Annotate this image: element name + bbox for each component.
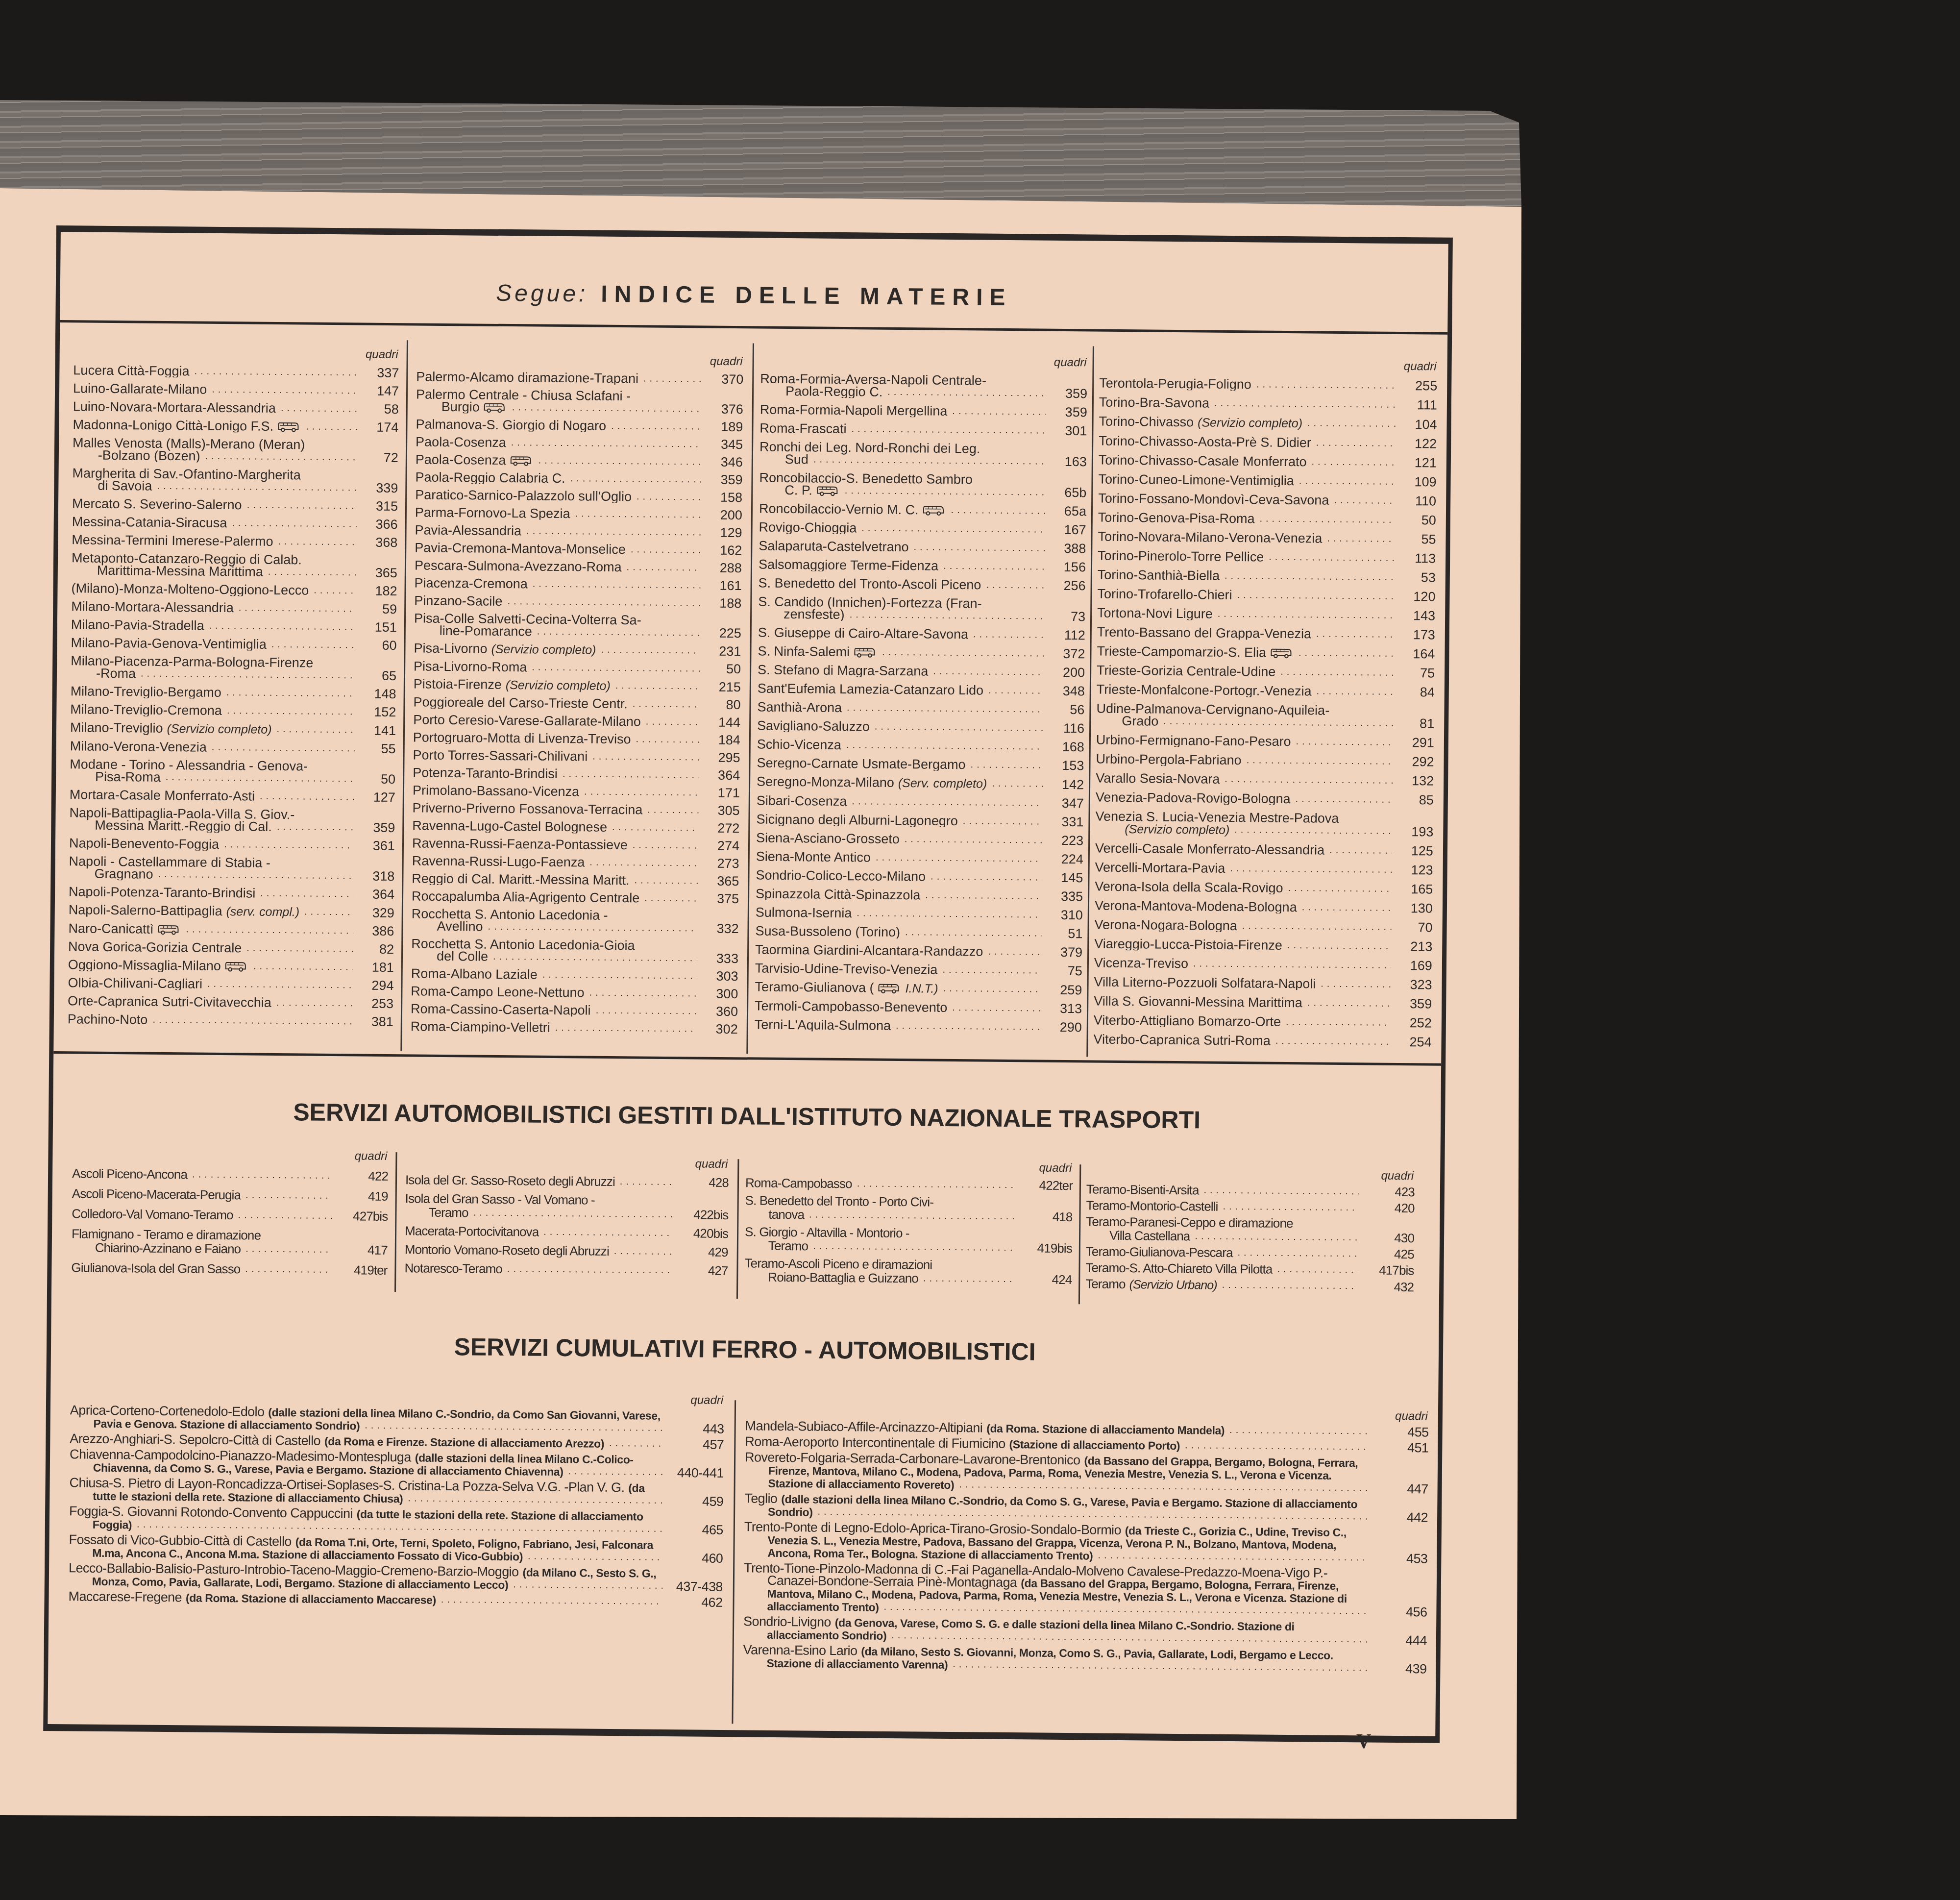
table-number: 224 (1047, 853, 1083, 866)
index-entry: Milano-Treviglio-Cremona 152 (70, 703, 396, 718)
table-number: 440-441 (669, 1467, 724, 1480)
index-entry: Teramo-Montorio-Castelli 420 (1086, 1198, 1415, 1215)
index-entry: Viterbo-Attigliano Bomarzo-Orte 252 (1094, 1014, 1432, 1030)
route-text: Teramo-S. Atto-Chiareto Villa Pilotta (1085, 1260, 1358, 1277)
index-entry: Torino-Pinerolo-Torre Pellice 113 (1098, 550, 1436, 565)
dot-leader (584, 987, 697, 1000)
dot-leader (585, 856, 698, 869)
table-number: 329 (358, 907, 394, 919)
index-entry: Arezzo-Anghiari-S. Sepolcro-Città di Cas… (70, 1432, 724, 1451)
table-number: 161 (706, 580, 742, 592)
route-name: Napoli-Benevento-Foggia (69, 837, 219, 852)
dot-leader (272, 821, 354, 834)
dot-leader (579, 786, 699, 799)
route-name: (Milano)-Monza-Molteno-Oggiono-Lecco (71, 582, 309, 597)
index-entry: Paratico-Sarnico-Palazzolo sull'Oglio 15… (415, 489, 742, 504)
table-number: 168 (1048, 741, 1084, 754)
table-number: 259 (1046, 984, 1082, 997)
route-text: Urbino-Pergola-Fabriano (1096, 753, 1393, 768)
route-text: Teramo-Paranesi-Ceppo e diramazione Vill… (1086, 1214, 1358, 1244)
route-text: Teramo-Montorio-Castelli (1086, 1198, 1359, 1214)
table-number: 252 (1396, 1017, 1432, 1030)
route-name: Roma-Albano Laziale (411, 967, 538, 982)
index-entry: Siena-Monte Antico 224 (756, 851, 1083, 866)
table-number: 332 (702, 923, 738, 936)
table-number: 110 (1400, 495, 1436, 508)
index-entry: Verona-Mantova-Modena-Bologna 130 (1095, 900, 1433, 915)
table-number: 419bis (1021, 1241, 1072, 1255)
route-name: Termoli-Campobasso-Benevento (755, 1000, 947, 1014)
index-column-1: quadri Lucera Città-Foggia 337 Luino-Gal… (68, 345, 399, 1028)
table-number: 453 (1372, 1553, 1427, 1565)
table-number: 75 (1398, 667, 1435, 680)
table-number: 84 (1398, 686, 1435, 699)
table-number: 290 (1046, 1021, 1082, 1034)
table-number: 310 (1047, 909, 1083, 922)
route-text: Roma-Formia-Aversa-Napoli Centrale- Paol… (760, 373, 1046, 400)
index-entry: Milano-Treviglio(Servizio completo) 141 (70, 721, 396, 737)
route-name: Seregno-Monza-Milano (757, 776, 894, 790)
dot-leader (870, 721, 1044, 735)
dot-leader (227, 517, 357, 530)
route-text: Verona-Isola della Scala-Rovigo (1095, 881, 1392, 895)
route-text: Viareggio-Lucca-Pistoia-Firenze (1094, 938, 1391, 953)
dot-leader (845, 609, 1045, 623)
dot-leader (221, 687, 355, 700)
dot-leader (604, 1437, 664, 1451)
route-name: Montorio Vomano-Roseto degli Abruzzi (405, 1242, 609, 1258)
dot-leader (946, 504, 1046, 518)
route-name: Teramo (1085, 1277, 1126, 1291)
index-entry: Trieste-Campomarzio-S. Elia 164 (1097, 645, 1435, 661)
dot-leader (591, 1005, 697, 1018)
index-entry: Mandela-Subiaco-Affile-Arcinazzo-Altipia… (745, 1420, 1429, 1438)
route-text: Mercato S. Severino-Salerno (72, 497, 357, 512)
route-note: (serv. compl.) (226, 905, 299, 919)
bus-icon (854, 647, 875, 658)
dot-leader (1217, 1278, 1358, 1294)
dot-leader (1311, 628, 1394, 641)
dot-leader (233, 1208, 332, 1223)
table-number: 215 (705, 681, 741, 694)
index-entry: Parma-Fornovo-La Spezia 200 (415, 506, 742, 521)
route-text: Urbino-Fermignano-Fano-Pesaro (1096, 734, 1393, 749)
route-name: Siena-Asciano-Grosseto (756, 832, 900, 847)
dot-leader (1232, 589, 1394, 603)
route-text: Montorio Vomano-Roseto degli Abruzzi (405, 1242, 672, 1258)
index-column-3: quadri Roma-Formia-Aversa-Napoli Central… (755, 354, 1088, 1034)
dot-leader (1232, 1246, 1358, 1260)
route-text: Porto Ceresio-Varese-Gallarate-Milano (413, 714, 699, 728)
route-text: Salaparuta-Castelvetrano (759, 540, 1045, 555)
table-number: 158 (706, 492, 742, 504)
table-number: 53 (1399, 571, 1436, 584)
table-number: 225 (705, 627, 741, 640)
index-entry: Terni-L'Aquila-Sulmona 290 (755, 1018, 1082, 1034)
column-divider (732, 1400, 736, 1724)
dot-leader (1188, 958, 1391, 972)
index-entry: Sicignano degli Alburni-Lagonegro 331 (756, 814, 1083, 829)
dot-leader (528, 578, 701, 592)
route-name: Sondrio-Colico-Lecco-Milano (756, 869, 926, 884)
route-text: Mortara-Casale Monferrato-Asti (70, 789, 354, 803)
route-text: Mandela-Subiaco-Affile-Arcinazzo-Altipia… (745, 1420, 1369, 1438)
column-divider (400, 340, 408, 1051)
index-entry: Ascoli Piceno-Ancona 422 (72, 1166, 388, 1183)
route-text: Vercelli-Casale Monferrato-Alessandria (1095, 842, 1392, 857)
index-entry: Pescara-Sulmona-Avezzano-Roma 288 (415, 559, 742, 574)
route-text: Roma-Cassino-Caserta-Napoli (411, 1003, 697, 1017)
route-text: Piacenza-Cremona (415, 577, 701, 592)
route-text: Pachino-Noto (68, 1013, 352, 1028)
route-text: Palermo Centrale - Chiusa Sclafani - Bur… (416, 388, 702, 415)
table-number: 300 (702, 988, 738, 1001)
index-entry: Ravenna-Lugo-Castel Bolognese 272 (412, 819, 739, 835)
route-name: Napoli-Salerno-Battipaglia (69, 904, 222, 918)
column-header: quadri (416, 352, 744, 368)
table-number: 313 (1046, 1003, 1082, 1015)
table-number: 156 (1050, 561, 1086, 574)
table-number: 125 (1397, 845, 1433, 858)
route-name: Messina-Catania-Siracusa (72, 516, 227, 530)
index-entry: Sibari-Cosenza 347 (757, 795, 1084, 810)
route-text: Teglio(dalle stazioni della linea Milano… (744, 1492, 1368, 1523)
dot-leader (1220, 773, 1393, 787)
table-number: 368 (361, 536, 397, 549)
table-number: 361 (359, 839, 395, 852)
table-number: 112 (1049, 629, 1085, 642)
route-text: Trento-Bassano del Grappa-Venezia (1097, 626, 1394, 641)
route-name: Flamignano - Teramo e diramazione Chiari… (72, 1227, 261, 1256)
route-name: Urbino-Pergola-Fabriano (1096, 753, 1241, 768)
route-text: Chiavenna-Campodolcino-Pianazzo-Madesimo… (70, 1448, 664, 1479)
route-text: Paola-Reggio Calabria C. (415, 471, 701, 486)
dot-leader (1220, 570, 1395, 584)
table-number: 213 (1396, 940, 1432, 953)
route-name: Palermo-Alcamo diramazione-Trapani (416, 370, 638, 385)
index-entry: Teglio(dalle stazioni della linea Milano… (744, 1492, 1428, 1524)
route-name: Pisa-Livorno (414, 642, 487, 656)
dot-leader (1237, 920, 1392, 934)
dot-leader (539, 1225, 672, 1240)
route-name: Arezzo-Anghiari-S. Sepolcro-Città di Cas… (70, 1432, 320, 1448)
table-number: 318 (358, 870, 394, 883)
dot-leader (234, 602, 356, 615)
table-number: 337 (363, 367, 399, 379)
cumulative-column-2: quadri Mandela-Subiaco-Affile-Arcinazzo-… (743, 1404, 1429, 1675)
dot-leader (153, 868, 353, 883)
dot-leader (947, 1002, 1041, 1015)
index-entry: Giulianova-Isola del Gran Sasso 419ter (71, 1260, 387, 1277)
bus-icon (878, 983, 899, 994)
route-name: Milano-Pavia-Genova-Ventimiglia (71, 637, 266, 651)
route-text: Trieste-Monfalcone-Portogr.-Venezia (1097, 684, 1394, 698)
table-number: 122 (1400, 438, 1437, 450)
route-name: Ravenna-Russi-Lugo-Faenza (412, 855, 585, 869)
dot-leader (242, 942, 353, 955)
index-entry: Roma-Ciampino-Velletri 302 (411, 1020, 738, 1036)
route-name: Teglio (744, 1492, 777, 1506)
route-text: Roncobilaccio-Vernio M. C. (759, 503, 1045, 518)
index-entry: Milano-Piacenza-Parma-Bologna-Firenze -R… (71, 655, 396, 682)
table-number: 348 (1049, 685, 1085, 698)
route-name: Torino-Chivasso-Casale Monferrato (1099, 454, 1307, 469)
route-text: Arezzo-Anghiari-S. Sepolcro-Città di Cas… (70, 1432, 664, 1451)
table-number: 447 (1373, 1483, 1428, 1496)
route-text: Napoli-Benevento-Foggia (69, 837, 354, 852)
table-number: 315 (362, 500, 398, 513)
route-text: Priverno-Priverno Fossanova-Terracina (413, 802, 699, 816)
index-entry: Salsomaggiore Terme-Fidenza 156 (759, 559, 1086, 574)
route-text: Luino-Gallarate-Milano (73, 382, 358, 397)
route-text: Metaponto-Catanzaro-Reggio di Calab. Mar… (72, 552, 356, 579)
route-text: Pisa-Colle Salvetti-Cecina-Volterra Sa- … (414, 612, 700, 639)
index-entry: Torino-Bra-Savona 111 (1099, 396, 1437, 412)
index-entry: Luino-Gallarate-Milano 147 (73, 382, 399, 397)
index-entry: Torino-Fossano-Mondovì-Ceva-Savona 110 (1098, 493, 1436, 508)
index-entry: Savigliano-Saluzzo 116 (757, 720, 1084, 735)
route-name: Milano-Mortara-Alessandria (71, 600, 234, 615)
table-number: 345 (707, 439, 743, 451)
index-entry: Rocchetta S. Antonio Lacedonia-Gioia del… (411, 938, 738, 965)
index-entry: Urbino-Pergola-Fabriano 292 (1096, 753, 1434, 768)
route-text: Rovereto-Folgaria-Serrada-Carbonare-Lava… (745, 1451, 1369, 1495)
route-text: Udine-Palmanova-Cervignano-Aquileia- Gra… (1096, 703, 1393, 730)
index-entry: Messina-Catania-Siracusa 366 (72, 516, 398, 531)
route-name: Trento-Bassano del Grappa-Venezia (1097, 626, 1311, 641)
route-text: Terni-L'Aquila-Sulmona (755, 1018, 1041, 1033)
route-name: Salsomaggiore Terme-Fidenza (759, 559, 938, 573)
table-number: 422 (337, 1169, 388, 1183)
route-text: Ascoli Piceno-Macerata-Perugia (72, 1186, 332, 1203)
dot-leader (886, 1629, 1367, 1647)
dot-leader (606, 420, 702, 433)
route-text: S. Giorgio - Altavilla - Montorio - Tera… (745, 1225, 1016, 1255)
dot-leader (900, 833, 1043, 847)
index-entry: Macerata-Portocivitanova 420bis (405, 1224, 728, 1240)
int-services-heading: SERVIZI AUTOMOBILISTICI GESTITI DALL'IST… (53, 1095, 1441, 1137)
dot-leader (152, 480, 357, 494)
route-name: Vercelli-Casale Monferrato-Alessandria (1095, 842, 1324, 857)
route-name: Sant'Eufemia Lamezia-Catanzaro Lido (758, 683, 984, 697)
route-text: Paratico-Sarnico-Palazzolo sull'Oglio (415, 489, 701, 503)
bus-icon (1270, 648, 1292, 659)
table-number: 427bis (337, 1209, 388, 1223)
table-number: 188 (705, 597, 741, 610)
table-number: 60 (360, 639, 396, 652)
index-entry: Rovigo-Chioggia 167 (759, 521, 1086, 537)
route-name: Torino-Bra-Savona (1099, 396, 1209, 411)
route-text: Ascoli Piceno-Ancona (72, 1166, 332, 1183)
route-text: Napoli-Potenza-Taranto-Brindisi (69, 886, 353, 900)
route-name: Luino-Gallarate-Milano (73, 382, 207, 396)
route-text: Margherita di Sav.-Ofantino-Margherita d… (72, 467, 357, 494)
index-entry: Metaponto-Catanzaro-Reggio di Calab. Mar… (72, 552, 397, 579)
table-number: 375 (703, 893, 739, 906)
route-text: Varallo Sesia-Novara (1096, 772, 1393, 787)
table-number: 370 (707, 373, 743, 386)
index-entry: Isola del Gr. Sasso-Roseto degli Abruzzi… (405, 1173, 729, 1189)
route-text: Roncobilaccio-S. Benedetto Sambro C. P. (759, 472, 1045, 499)
route-name: Notaresco-Teramo (404, 1261, 502, 1276)
route-name: Torino-Genova-Pisa-Roma (1098, 512, 1255, 526)
dot-leader (207, 741, 355, 755)
route-text: Terontola-Perugia-Foligno (1099, 377, 1396, 392)
route-name: Terni-L'Aquila-Sulmona (755, 1018, 891, 1033)
dot-leader (1251, 378, 1396, 392)
route-text: Luino-Novara-Mortara-Alessandria (73, 400, 358, 415)
index-entry: Roma-Campo Leone-Nettuno 300 (411, 985, 738, 1000)
route-text: Torino-Genova-Pisa-Roma (1098, 512, 1395, 526)
dot-leader (200, 450, 357, 464)
bus-icon (510, 455, 531, 466)
index-entry: Napoli-Potenza-Taranto-Brindisi 364 (69, 886, 394, 901)
route-name: Torino-Chivasso (1099, 416, 1194, 430)
index-entry: Varenna-Esino Lario(da Milano, Sesto S. … (743, 1644, 1426, 1675)
route-name: Viterbo-Capranica Sutri-Roma (1093, 1034, 1270, 1048)
route-name: Orte-Capranica Sutri-Civitavecchia (68, 995, 271, 1010)
table-number: 388 (1050, 543, 1086, 555)
route-text: S. Benedetto del Tronto-Ascoli Piceno (759, 577, 1045, 592)
table-number: 430 (1363, 1231, 1414, 1245)
route-name: Torino-Novara-Milano-Verona-Venezia (1098, 531, 1322, 545)
dot-leader (204, 620, 356, 634)
table-number: 55 (360, 742, 396, 755)
dot-leader (596, 644, 700, 658)
table-number: 359 (1051, 406, 1087, 419)
index-entry: Ravenna-Russi-Faenza-Pontassieve 274 (412, 837, 739, 852)
table-number: 442 (1373, 1511, 1428, 1524)
route-name: Varenna-Esino Lario (743, 1644, 857, 1658)
route-name: S. Stefano di Magra-Sarzana (758, 664, 928, 679)
table-number: 443 (669, 1423, 724, 1435)
route-text: S. Benedetto del Tronto - Porto Civi- ta… (745, 1193, 1016, 1223)
dot-leader (622, 561, 701, 574)
dot-leader (1329, 494, 1395, 507)
title-rule (60, 320, 1447, 335)
route-name: Roma-Ciampino-Velletri (411, 1020, 550, 1035)
route-name: Torino-Santhià-Biella (1098, 569, 1220, 583)
route-name: Pinzano-Sacile (414, 594, 502, 609)
table-number: 305 (704, 805, 740, 817)
index-entry: Teramo-Paranesi-Ceppo e diramazione Vill… (1086, 1214, 1414, 1245)
route-text: Santhià-Arona (757, 701, 1043, 716)
column-header: quadri (405, 1155, 729, 1171)
dot-leader (1311, 685, 1393, 698)
dot-leader (626, 543, 701, 556)
route-name: Poggioreale del Carso-Trieste Centr. (413, 696, 627, 711)
index-entry: Susa-Bussoleno (Torino) 51 (755, 925, 1082, 940)
table-number: 339 (362, 482, 398, 494)
route-name: Rovigo-Chioggia (759, 521, 857, 536)
index-entry: Palmanova-S. Giorgio di Nogaro 189 (416, 418, 743, 433)
route-text: Vercelli-Mortara-Pavia (1095, 862, 1392, 876)
index-entry: Porto Torres-Sassari-Chilivani 295 (413, 749, 740, 764)
index-entry: Roncobilaccio-S. Benedetto Sambro C. P. … (759, 472, 1086, 499)
route-text: Tortona-Novi Ligure (1097, 607, 1394, 622)
index-entry: Margherita di Sav.-Ofantino-Margherita d… (72, 467, 398, 494)
index-entry: Napoli-Battipaglia-Paola-Villa S. Giov.-… (69, 807, 395, 834)
table-number: 111 (1401, 399, 1437, 412)
route-text: Seregno-Monza-Milano(Serv. completo) (757, 776, 1043, 791)
index-entry: Sondrio-Livigno(da Genova, Varese, Como … (743, 1615, 1427, 1647)
route-name: Teramo-Bisenti-Arsita (1086, 1182, 1199, 1197)
table-number: 132 (1397, 775, 1434, 788)
table-number: 360 (702, 1006, 738, 1018)
dot-leader (241, 1242, 332, 1257)
route-text: Torino-Chivasso-Casale Monferrato (1099, 454, 1396, 469)
dot-leader (488, 951, 697, 965)
index-entry: Napoli-Salerno-Battipaglia(serv. compl.)… (69, 904, 394, 919)
route-text: Milano-Mortara-Alessandria (71, 600, 356, 615)
index-entry: S. Candido (Innichen)-Fortezza (Fran- ze… (758, 596, 1085, 623)
route-name: Pavia-Cremona-Mantova-Monselice (415, 542, 626, 556)
index-entry: Spinazzola Città-Spinazzola 335 (756, 888, 1083, 903)
table-number: 109 (1400, 476, 1436, 489)
route-name: Reggio di Cal. Maritt.-Messina Maritt. (412, 872, 629, 887)
index-entry: Sant'Eufemia Lamezia-Catanzaro Lido 348 (758, 683, 1085, 698)
table-number: 75 (1046, 965, 1082, 978)
index-entry: Milano-Mortara-Alessandria 59 (71, 600, 397, 616)
route-text: Torino-Chivasso(Servizio completo) (1099, 416, 1396, 431)
dot-leader (1271, 1035, 1391, 1048)
page-title: Segue:INDICE DELLE MATERIE (60, 274, 1448, 318)
table-number: 142 (1048, 779, 1084, 791)
route-text: Venezia S. Lucia-Venezia Mestre-Padova (… (1095, 811, 1392, 838)
index-entry: Ronchi dei Leg. Nord-Ronchi dei Leg. Sud… (759, 441, 1087, 469)
index-entry: Milano-Pavia-Stradella 151 (71, 618, 397, 634)
int-list: Roma-Campobasso 422ter S. Benedetto del … (744, 1176, 1073, 1286)
route-name: Villa Literno-Pozzuoli Solfatara-Napoli (1094, 976, 1316, 991)
index-entry: Malles Venosta (Malls)-Merano (Meran) -B… (73, 437, 398, 464)
route-text: (Milano)-Monza-Molteno-Oggiono-Lecco (71, 582, 356, 597)
route-note: (Servizio completo) (1198, 416, 1302, 430)
route-text: Siena-Asciano-Grosseto (756, 832, 1042, 847)
index-entry: Torino-Genova-Pisa-Roma 50 (1098, 512, 1436, 527)
dot-leader (638, 372, 703, 385)
index-entry: (Milano)-Monza-Molteno-Oggiono-Lecco 182 (71, 582, 397, 597)
route-text: Taormina Giardini-Alcantara-Randazzo (755, 944, 1041, 959)
table-number: 422bis (677, 1208, 728, 1222)
index-entry: Rovereto-Folgaria-Serrada-Carbonare-Lava… (745, 1451, 1429, 1495)
index-entry: Orte-Capranica Sutri-Civitavecchia 253 (68, 995, 393, 1010)
index-entry: Trento-Bassano del Grappa-Venezia 173 (1097, 626, 1435, 642)
table-number: 386 (358, 925, 394, 938)
index-entry: Fossato di Vico-Gubbio-Città di Castello… (69, 1533, 723, 1565)
index-entry: Milano-Verona-Venezia 55 (70, 740, 396, 755)
index-entry: Rocchetta S. Antonio Lacedonia - Avellin… (411, 908, 738, 935)
dot-leader (808, 453, 1046, 468)
dot-leader (202, 978, 353, 992)
table-number: 427 (677, 1263, 728, 1278)
column-header: quadri (73, 345, 399, 361)
route-text: Spinazzola Città-Spinazzola (756, 888, 1042, 903)
route-text: Viterbo-Attigliano Bomarzo-Orte (1094, 1014, 1391, 1029)
table-number: 359 (359, 821, 395, 834)
route-text: Ronchi dei Leg. Nord-Ronchi dei Leg. Sud (759, 441, 1046, 468)
dot-leader (1297, 901, 1392, 914)
index-entry: Paola-Reggio Calabria C. 359 (415, 471, 742, 486)
segue-label: Segue: (496, 280, 588, 307)
index-entry: Trieste-Monfalcone-Portogr.-Venezia 84 (1097, 684, 1435, 699)
index-entry: Tarvisio-Udine-Treviso-Venezia 75 (755, 962, 1082, 978)
route-name: Paola-Cosenza (416, 453, 506, 468)
route-text: Milano-Treviglio-Bergamo (71, 685, 355, 700)
table-number: 129 (706, 527, 742, 540)
dot-leader (938, 560, 1045, 573)
dot-leader (639, 892, 698, 905)
table-number: 455 (1374, 1426, 1429, 1439)
